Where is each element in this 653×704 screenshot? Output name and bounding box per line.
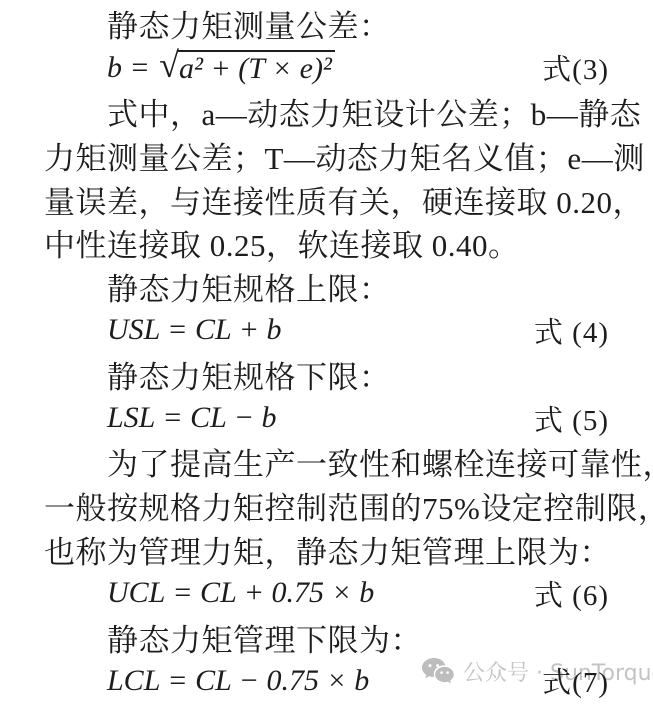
text-line-content: 静态力矩测量公差：: [107, 1, 391, 46]
formula-line: b = √a² + (T × e)²式(3): [0, 46, 653, 90]
text-line: 为了提高生产一致性和螺栓连接可靠性，: [0, 440, 653, 484]
formula-lhs: b =: [107, 51, 157, 85]
text-line-content: 也称为管理力矩，静态力矩管理上限为：: [44, 527, 611, 572]
equation-number-label: 式 (6): [534, 573, 609, 614]
document-body: 静态力矩测量公差：b = √a² + (T × e)²式(3)式中，a—动态力矩…: [0, 0, 653, 703]
text-line-content: 静态力矩管理下限为：: [107, 615, 422, 660]
text-line-content: 力矩测量公差；T—动态力矩名义值；e—测: [44, 133, 645, 178]
text-line-content: 静态力矩规格下限：: [107, 352, 391, 397]
formula-expression: b = √a² + (T × e)²: [107, 50, 335, 86]
formula-expression: USL = CL + b: [107, 313, 281, 347]
text-line: 中性连接取 0.25，软连接取 0.40。: [0, 221, 653, 265]
radical-sign: √: [159, 47, 179, 83]
text-line: 静态力矩规格下限：: [0, 352, 653, 396]
text-line: 静态力矩测量公差：: [0, 2, 653, 46]
text-line: 力矩测量公差；T—动态力矩名义值；e—测: [0, 133, 653, 177]
text-line-content: 一般按规格力矩控制范围的75%设定控制限，: [44, 483, 653, 528]
text-line: 量误差，与连接性质有关，硬连接取 0.20，: [0, 177, 653, 221]
text-line-content: 量误差，与连接性质有关，硬连接取 0.20，: [44, 177, 644, 222]
radicand: a² + (T × e)²: [178, 50, 335, 86]
document-page: 公众号 · SunTorque 静态力矩测量公差：b = √a² + (T × …: [0, 0, 653, 704]
equation-number-label: 式(7): [542, 660, 609, 701]
formula-expression: LSL = CL − b: [107, 401, 276, 435]
text-line-content: 为了提高生产一致性和螺栓连接可靠性，: [107, 439, 653, 484]
equation-number-label: 式 (4): [534, 310, 609, 351]
formula-line: LCL = CL − 0.75 × b式(7): [0, 659, 653, 703]
formula-line: UCL = CL + 0.75 × b式 (6): [0, 571, 653, 615]
formula-line: USL = CL + b式 (4): [0, 309, 653, 353]
text-line: 一般按规格力矩控制范围的75%设定控制限，: [0, 484, 653, 528]
text-line: 式中，a—动态力矩设计公差；b—静态: [0, 90, 653, 134]
formula-line: LSL = CL − b式 (5): [0, 396, 653, 440]
formula-expression: UCL = CL + 0.75 × b: [107, 576, 374, 610]
text-line-content: 静态力矩规格上限：: [107, 264, 391, 309]
text-line: 也称为管理力矩，静态力矩管理上限为：: [0, 528, 653, 572]
text-line: 静态力矩管理下限为：: [0, 615, 653, 659]
formula-expression: LCL = CL − 0.75 × b: [107, 664, 369, 698]
equation-number-label: 式(3): [542, 47, 609, 88]
text-line: 静态力矩规格上限：: [0, 265, 653, 309]
text-line-content: 式中，a—动态力矩设计公差；b—静态: [107, 89, 641, 134]
text-line-content: 中性连接取 0.25，软连接取 0.40。: [44, 220, 520, 265]
equation-number-label: 式 (5): [534, 398, 609, 439]
